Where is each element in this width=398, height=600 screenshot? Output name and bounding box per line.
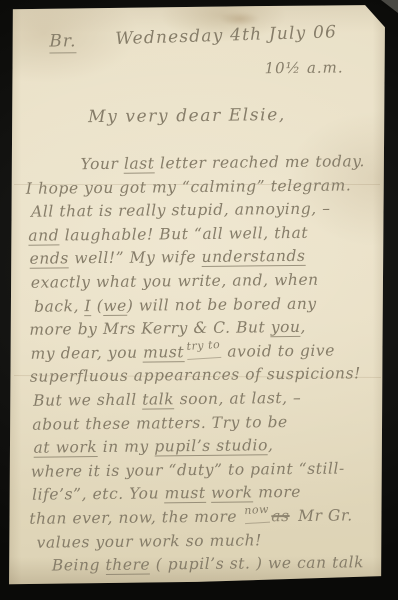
photo-corner-sliver bbox=[381, 0, 398, 13]
word-segment: Being bbox=[52, 556, 106, 575]
word-segment: exactly what you write, and, when bbox=[31, 271, 319, 292]
word-segment: laughable! But “all well, that bbox=[59, 224, 308, 245]
photo-background: Br. Wednesday 4th July 06 10½ a.m. My ve… bbox=[0, 0, 398, 600]
word-segment: more by Mrs Kerry & C. But bbox=[29, 318, 271, 339]
word-segment: well!” My wife bbox=[69, 248, 202, 267]
word-segment: where it is your “duty” to paint “still- bbox=[31, 459, 345, 480]
underlined-word: pupil’s studio bbox=[154, 436, 268, 456]
underlined-word: we bbox=[103, 296, 127, 315]
word-segment: , bbox=[300, 318, 306, 336]
word-segment: back, bbox=[34, 297, 85, 316]
letter-line: superfluous appearances of suspicions! bbox=[23, 362, 383, 389]
underlined-word: must bbox=[143, 343, 184, 362]
time-line: 10½ a.m. bbox=[264, 58, 343, 77]
word-segment: life’s”, etc. You bbox=[32, 485, 165, 504]
word-segment: Mr Gr. bbox=[293, 506, 353, 525]
letter-body: Your last letter reached me today.I hope… bbox=[19, 150, 385, 578]
word-segment: Your bbox=[81, 155, 124, 173]
word-segment: All that is really stupid, annoying, – bbox=[31, 200, 331, 221]
word-segment: letter reached me today. bbox=[154, 152, 365, 172]
word-segment: values your work so much! bbox=[36, 531, 261, 551]
letter-line: Your last letter reached me today. bbox=[71, 150, 381, 177]
word-segment: ) will not be bored any bbox=[127, 294, 317, 314]
word-segment: avoid to give bbox=[222, 341, 335, 360]
word-segment: my dear, you bbox=[31, 343, 144, 362]
letter-content: Br. Wednesday 4th July 06 10½ a.m. My ve… bbox=[3, 2, 391, 588]
greeting-line: My very dear Elsie, bbox=[88, 105, 286, 127]
letter-paper: Br. Wednesday 4th July 06 10½ a.m. My ve… bbox=[6, 4, 388, 586]
underlined-word: talk bbox=[142, 390, 174, 409]
word-segment: , bbox=[268, 436, 274, 454]
underlined-word: and bbox=[28, 226, 59, 245]
underlined-word: there bbox=[105, 556, 150, 575]
inserted-word: now bbox=[244, 498, 270, 524]
word-segment: soon, at last, – bbox=[174, 389, 301, 408]
word-segment: superfluous appearances of suspicions! bbox=[30, 365, 361, 386]
underlined-word: last bbox=[124, 154, 155, 173]
letter-line: where it is your “duty” to paint “still- bbox=[24, 457, 384, 484]
underlined-word: ends bbox=[30, 250, 69, 269]
word-segment: ( pupil’s st. ) we can talk bbox=[150, 553, 364, 573]
underlined-word: you bbox=[271, 318, 301, 337]
word-segment: I hope you got my “calming” telegram. bbox=[26, 176, 352, 197]
word-segment: in my bbox=[97, 438, 154, 457]
place-abbreviation: Br. bbox=[49, 31, 76, 53]
word-segment: But we shall bbox=[33, 391, 142, 410]
underlined-word: must bbox=[164, 484, 205, 503]
letter-line: Being there ( pupil’s st. ) we can talk bbox=[45, 551, 385, 578]
date-line: Wednesday 4th July 06 bbox=[115, 22, 337, 49]
letter-line: All that is really stupid, annoying, – bbox=[21, 197, 381, 224]
word-segment: about these matters. Try to be bbox=[32, 413, 288, 434]
underlined-word: understands bbox=[202, 247, 306, 267]
inserted-word: try to bbox=[185, 333, 220, 360]
underlined-word: at work bbox=[33, 438, 97, 458]
letter-line: than ever, now, the more nowas Mr Gr. bbox=[22, 504, 384, 531]
struck-out-word: as bbox=[271, 507, 289, 525]
word-segment: than ever, now, the more bbox=[29, 507, 242, 527]
word-segment: ( bbox=[91, 297, 103, 315]
